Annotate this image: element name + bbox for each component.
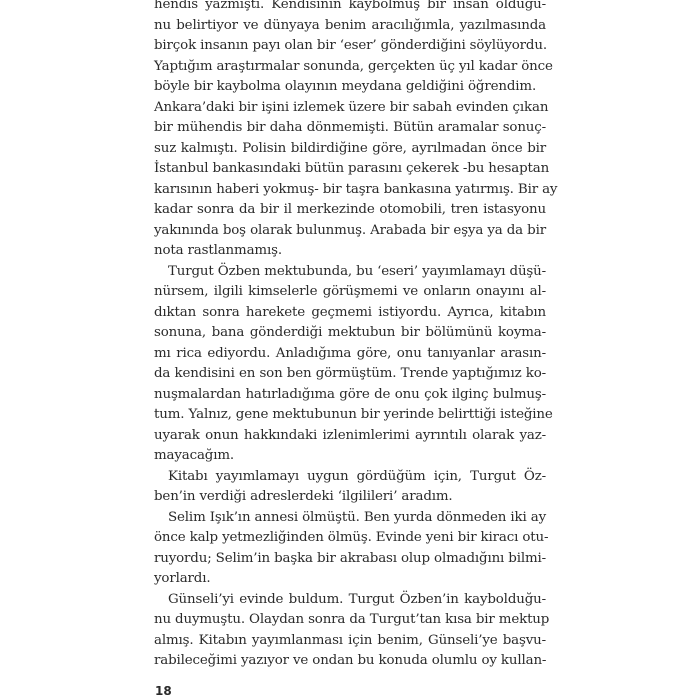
text-line: sonuna, bana gönderdiği mektubun bir böl… — [154, 323, 546, 344]
text-line: yorlardı. — [154, 569, 546, 590]
text-line: tum. Yalnız, gene mektubunun bir yerinde… — [154, 405, 546, 426]
paragraph-start-line: Kitabı yayımlamayı uygun gördüğüm için, … — [154, 467, 546, 488]
text-line: dıktan sonra harekete geçmemi istiyordu.… — [154, 303, 546, 324]
text-line: hendis yazmıştı. Kendisinin kaybolmuş bi… — [154, 0, 546, 16]
text-line: Yaptığım araştırmalar sonunda, gerçekten… — [154, 57, 546, 78]
page-number: 18 — [155, 684, 172, 698]
text-line: mı rica ediyordu. Anladığıma göre, onu t… — [154, 344, 546, 365]
text-line: birçok insanın payı olan bir ‘eser’ gönd… — [154, 36, 546, 57]
text-line: yakınında boş olarak bulunmuş. Arabada b… — [154, 221, 546, 242]
book-page: hendis yazmıştı. Kendisinin kaybolmuş bi… — [0, 0, 700, 700]
paragraph-start-line: Turgut Özben mektubunda, bu ‘eseri’ yayı… — [154, 262, 546, 283]
text-line: suz kalmıştı. Polisin bildirdiğine göre,… — [154, 139, 546, 160]
text-line: nürsem, ilgili kimselerle görüşmemi ve o… — [154, 282, 546, 303]
text-line: nu belirtiyor ve dünyaya benim aracılığı… — [154, 16, 546, 37]
text-line: almış. Kitabın yayımlanması için benim, … — [154, 631, 546, 652]
text-line: ben’in verdiği adreslerdeki ‘ilgilileri’… — [154, 487, 546, 508]
text-line: nuşmalardan hatırladığıma göre de onu ço… — [154, 385, 546, 406]
text-line: İstanbul bankasındaki bütün parasını çek… — [154, 159, 546, 180]
text-line: mayacağım. — [154, 446, 546, 467]
text-line: kadar sonra da bir il merkezinde otomobi… — [154, 200, 546, 221]
text-line: rabileceğimi yazıyor ve ondan bu konuda … — [154, 651, 546, 672]
text-line: karısının haberi yokmuş- bir taşra banka… — [154, 180, 546, 201]
text-line: uyarak onun hakkındaki izlenimlerimi ayr… — [154, 426, 546, 447]
paragraph-start-line: Selim Işık’ın annesi ölmüştü. Ben yurda … — [154, 508, 546, 529]
text-line: nu duymuştu. Olaydan sonra da Turgut’tan… — [154, 610, 546, 631]
text-line: ruyordu; Selim’in başka bir akrabası olu… — [154, 549, 546, 570]
text-line: bir mühendis bir daha dönmemişti. Bütün … — [154, 118, 546, 139]
text-line: önce kalp yetmezliğinden ölmüş. Evinde y… — [154, 528, 546, 549]
paragraph-start-line: Günseli’yi evinde buldum. Turgut Özben’i… — [154, 590, 546, 611]
body-text: hendis yazmıştı. Kendisinin kaybolmuş bi… — [154, 0, 546, 672]
text-line: nota rastlanmamış. — [154, 241, 546, 262]
text-line: Ankara’daki bir işini izlemek üzere bir … — [154, 98, 546, 119]
text-line: böyle bir kaybolma olayının meydana geld… — [154, 77, 546, 98]
text-line: da kendisini en son ben görmüştüm. Trend… — [154, 364, 546, 385]
